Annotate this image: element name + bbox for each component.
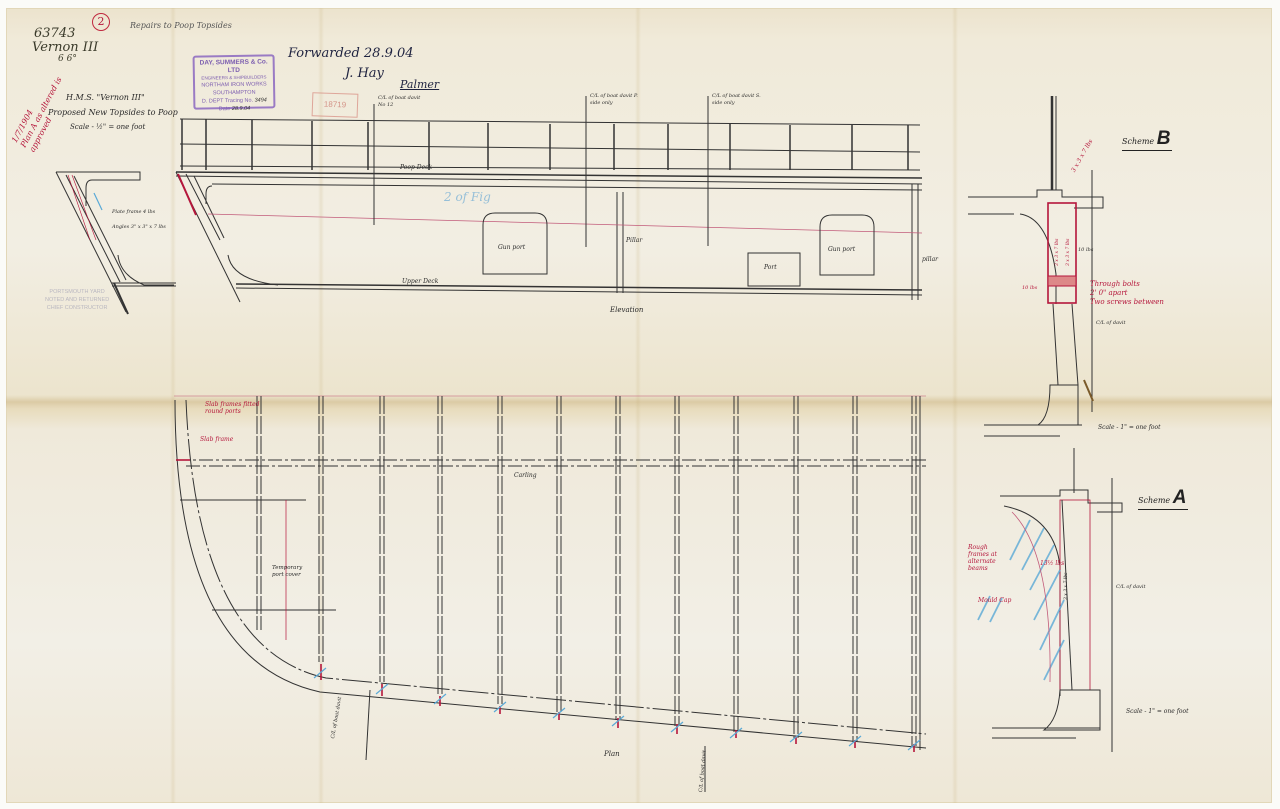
sheet-number: 2 (92, 13, 110, 31)
label-through-bolts: Through bolts 2' 0" apart Two screws bet… (1090, 280, 1164, 307)
signature-hay: J. Hay (345, 66, 384, 81)
label-a-dimension: 13½ lbs (1040, 560, 1064, 567)
scheme-b-title: Scheme B (1122, 128, 1172, 151)
label-rough-frames: Rough frames at alternate beams (968, 544, 1008, 572)
label-mould-cap: Mould Cap (978, 597, 1011, 604)
drawing-subject: Proposed New Topsides to Poop (48, 108, 178, 117)
top-note: Repairs to Poop Topsides (130, 21, 232, 30)
company-stamp: DAY, SUMMERS & Co. LTD ENGINEERS & SHIPB… (193, 54, 276, 109)
label-davit-s: C/L of boat davit S. side only (712, 93, 762, 107)
label-slab-frame: Slab frame (200, 436, 233, 443)
label-poop-deck: Poop Deck (400, 164, 432, 171)
label-carling: Carling (514, 472, 537, 479)
plan-drawing (174, 396, 926, 792)
label-blue-note: 2 of Fig (444, 190, 491, 204)
signature-palmer: Palmer (400, 78, 439, 91)
label-upper-deck: Upper Deck (402, 278, 438, 285)
label-b-davit: C/L of davit (1096, 320, 1126, 326)
scheme-a-title: Scheme A (1138, 487, 1188, 510)
label-temporary-port: Temporary port cover (272, 565, 308, 579)
vessel-note: 6 6° (58, 54, 77, 64)
label-port: Port (764, 264, 777, 271)
received-stamp: 18719 (312, 92, 359, 118)
label-a-dims: 3 x 3 x 7 lbs (1064, 573, 1069, 600)
elevation-drawing (176, 96, 922, 302)
label-b-dims-2: 3 x 3 x 7 lbs (1066, 239, 1071, 266)
label-b-weight: 10 lbs (1078, 247, 1093, 253)
label-b-scale: Scale - 1" = one foot (1098, 424, 1161, 431)
label-slab-frames: Slab frames fitted round ports (205, 401, 260, 415)
forwarded-note: Forwarded 28.9.04 (288, 46, 414, 61)
label-davit-12: C/L of boat davit No 12 (378, 95, 428, 109)
elevation-title: Elevation (610, 306, 643, 314)
label-b-dims-1: 3 x 3 x 7 lbs (1055, 239, 1060, 266)
label-angles: Angles 3" x 3" x 7 lbs (112, 224, 166, 230)
label-a-davit: C/L of davit (1116, 584, 1146, 590)
catalog-number: 63743 (34, 26, 75, 41)
label-pillar-1: Pillar (626, 237, 642, 244)
label-gun-port-1: Gun port (498, 244, 525, 251)
label-b-weight-2: 10 lbs (1022, 285, 1037, 291)
label-davit-p: C/L of boat davit P. side only (590, 93, 640, 107)
drawing-scale: Scale - ½" = one foot (70, 123, 145, 131)
label-gun-port-2: Gun port (828, 246, 855, 253)
label-plate-frame: Plate frame 4 lbs (112, 209, 155, 215)
label-pillar-2: pillar (922, 256, 938, 263)
portsmouth-stamp: PORTSMOUTH YARD NOTED AND RETURNED CHIEF… (45, 288, 109, 312)
technical-drawing (0, 0, 1280, 809)
plan-title: Plan (604, 750, 620, 758)
ship-name: H.M.S. "Vernon III" (66, 93, 145, 102)
label-a-scale: Scale - 1" = one foot (1126, 708, 1189, 715)
vessel-short-name: Vernon III (32, 40, 98, 55)
